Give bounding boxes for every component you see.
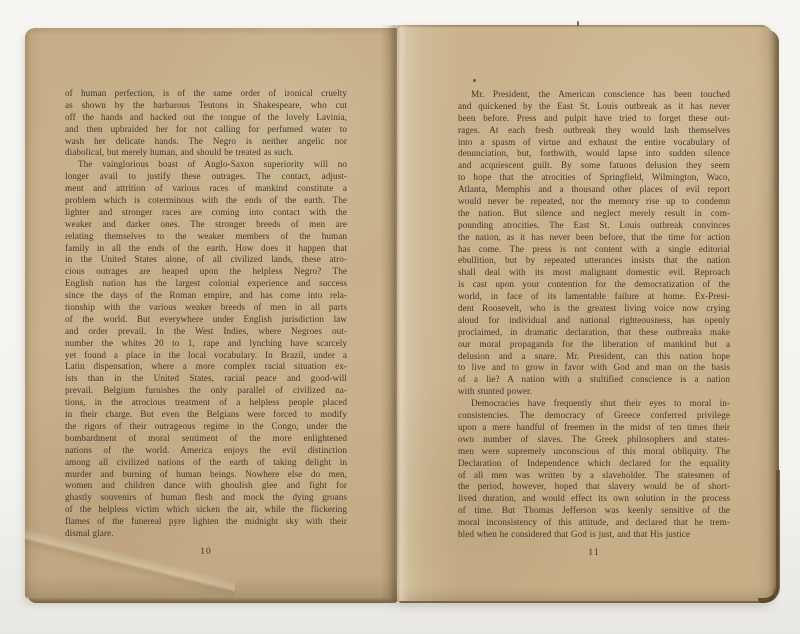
text-line: Democracies have frequently shut their e… [458, 398, 730, 410]
text-line: since the days of the Roman empire, and … [65, 290, 347, 302]
text-line: and acquiescent guilt. By some fatuous d… [458, 160, 730, 172]
text-line: the period, however, hoped that slavery … [458, 481, 730, 493]
text-line: Declaration of Independence which declar… [458, 458, 730, 470]
text-line: dent Roosevelt, who is the greatest livi… [458, 303, 730, 315]
text-line: upon a mere handful of freemen in the mi… [458, 422, 730, 434]
text-line: the nation, as it has never been before,… [458, 232, 730, 244]
text-line: relating themselves to the weaker member… [65, 231, 347, 243]
text-line: dismal glare. [65, 528, 347, 540]
text-line: longer avail to justify these outrages. … [65, 171, 347, 183]
text-line: lived duration, and would effect its own… [458, 493, 730, 505]
cover-corner-edge [758, 470, 780, 603]
text-line: wash her delicate hands. The Negro is ne… [65, 136, 347, 148]
text-line: problem which is coterminous with the en… [65, 195, 347, 207]
text-line: is cast upon your contention for the dem… [458, 279, 730, 291]
text-line: in the United States alone, of all civil… [65, 254, 347, 266]
text-line: ment and attrition of various races of m… [65, 183, 347, 195]
text-line: proclaimed, in dramatic declaration, tha… [458, 327, 730, 339]
text-line: off the hands and hacked out the tongue … [65, 112, 347, 124]
text-line: moral inconsistency of this attitude, an… [458, 517, 730, 529]
text-line: the rigors of their outrageous regime in… [65, 421, 347, 433]
text-line: lighter and stronger races are coming in… [65, 207, 347, 219]
text-line: number the whites 20 to 1, rape and lync… [65, 338, 347, 350]
text-line: English nation has the largest colonial … [65, 278, 347, 290]
text-line: bombardment of moral sentiment of the mo… [65, 433, 347, 445]
text-line: of time. But Thomas Jefferson was keenly… [458, 505, 730, 517]
text-line: family in all the ends of the earth. How… [65, 243, 347, 255]
text-line: with stunted power. [458, 386, 730, 398]
dust-speck [473, 79, 476, 82]
text-line: denunciation, but, forthwith, would laps… [458, 148, 730, 160]
text-line: as shown by the barbarous Teutons in Sha… [65, 100, 347, 112]
text-line: to live and to grow in favor with God an… [458, 362, 730, 374]
text-line: tions, in the atrocious treatment of a h… [65, 397, 347, 409]
right-page-text: Mr. President, the American conscience h… [458, 89, 730, 560]
text-line: nations of the world. America enjoys the… [65, 445, 347, 457]
text-line: women and children dance with ghoulish g… [65, 480, 347, 492]
text-line: our moral propaganda for the liberation … [458, 339, 730, 351]
right-page: Mr. President, the American conscience h… [397, 25, 773, 601]
text-line: ists than in the United States, racial p… [65, 373, 347, 385]
text-line: of the world. But everywhere under Engli… [65, 314, 347, 326]
text-line: the nation. But silence and neglect mere… [458, 208, 730, 220]
text-line: of a lie? A nation with a stultified con… [458, 374, 730, 386]
text-line: consistencies. The democracy of Greece c… [458, 410, 730, 422]
text-line: bled when he considered that God is just… [458, 529, 730, 541]
left-page-lines: of human perfection, is of the same orde… [65, 88, 347, 540]
edge-notch [577, 21, 579, 26]
text-line: cious outrages are heaped upon the helpl… [65, 266, 347, 278]
text-line: men were supremely unconscious of this m… [458, 446, 730, 458]
right-page-lines: Mr. President, the American conscience h… [458, 89, 730, 541]
text-line: Atlanta, Memphis and a thousand other pl… [458, 184, 730, 196]
text-line: delusion and a snare. Mr. President, can… [458, 351, 730, 363]
text-line: would never be repeated, nor the memory … [458, 196, 730, 208]
text-line: pounding atrocities. The East St. Louis … [458, 220, 730, 232]
left-page-number: 10 [65, 547, 347, 559]
text-line: aloud for individual and national righte… [458, 315, 730, 327]
text-line: and then upbraided her for not calling f… [65, 124, 347, 136]
text-line: The vainglorious boast of Anglo-Saxon su… [65, 159, 347, 171]
text-line: murder and burning of human beings. Nowh… [65, 469, 347, 481]
text-line: and quickened by the East St. Louis outb… [458, 101, 730, 113]
text-line: has come. The press is not content with … [458, 244, 730, 256]
text-line: prevail. Belgium furnishes the only para… [65, 385, 347, 397]
text-line: Mr. President, the American conscience h… [458, 89, 730, 101]
text-line: own number of slaves. The Greek philosop… [458, 434, 730, 446]
text-line: shall deal with its most malignant domes… [458, 267, 730, 279]
text-line: tionship with the various weaker breeds … [65, 302, 347, 314]
text-line: and order prevail. In the West Indies, w… [65, 326, 347, 338]
text-line: into a spasm of virtue and exhaust the e… [458, 137, 730, 149]
text-line: diabolical, but merely human, and should… [65, 147, 347, 159]
right-page-number: 11 [458, 548, 730, 560]
scan-background: of human perfection, is of the same orde… [0, 0, 800, 634]
text-line: flames of the funereal pyre lighten the … [65, 516, 347, 528]
text-line: Latin dispensation, where a more complex… [65, 361, 347, 373]
text-line: weaker and darker ones. The stronger bre… [65, 219, 347, 231]
text-line: ebullition, but by repeated utterances i… [458, 255, 730, 267]
left-page-text: of human perfection, is of the same orde… [65, 88, 347, 559]
text-line: in their charge. But even the Belgians w… [65, 409, 347, 421]
left-page: of human perfection, is of the same orde… [25, 28, 397, 598]
text-line: of all men was written by a slaveholder.… [458, 470, 730, 482]
text-line: to hope that the atrocities of Springfie… [458, 172, 730, 184]
text-line: world, in face of its lamentable failure… [458, 291, 730, 303]
text-line: rages. At each fresh outbreak they would… [458, 125, 730, 137]
text-line: ghastly souvenirs of human flesh and moc… [65, 492, 347, 504]
text-line: of human perfection, is of the same orde… [65, 88, 347, 100]
text-line: among all civilized nations of the earth… [65, 457, 347, 469]
text-line: yet found a place in the local vocabular… [65, 350, 347, 362]
text-line: been before. Press and pulpit have tried… [458, 113, 730, 125]
text-line: of the helpless victim which sicken the … [65, 504, 347, 516]
